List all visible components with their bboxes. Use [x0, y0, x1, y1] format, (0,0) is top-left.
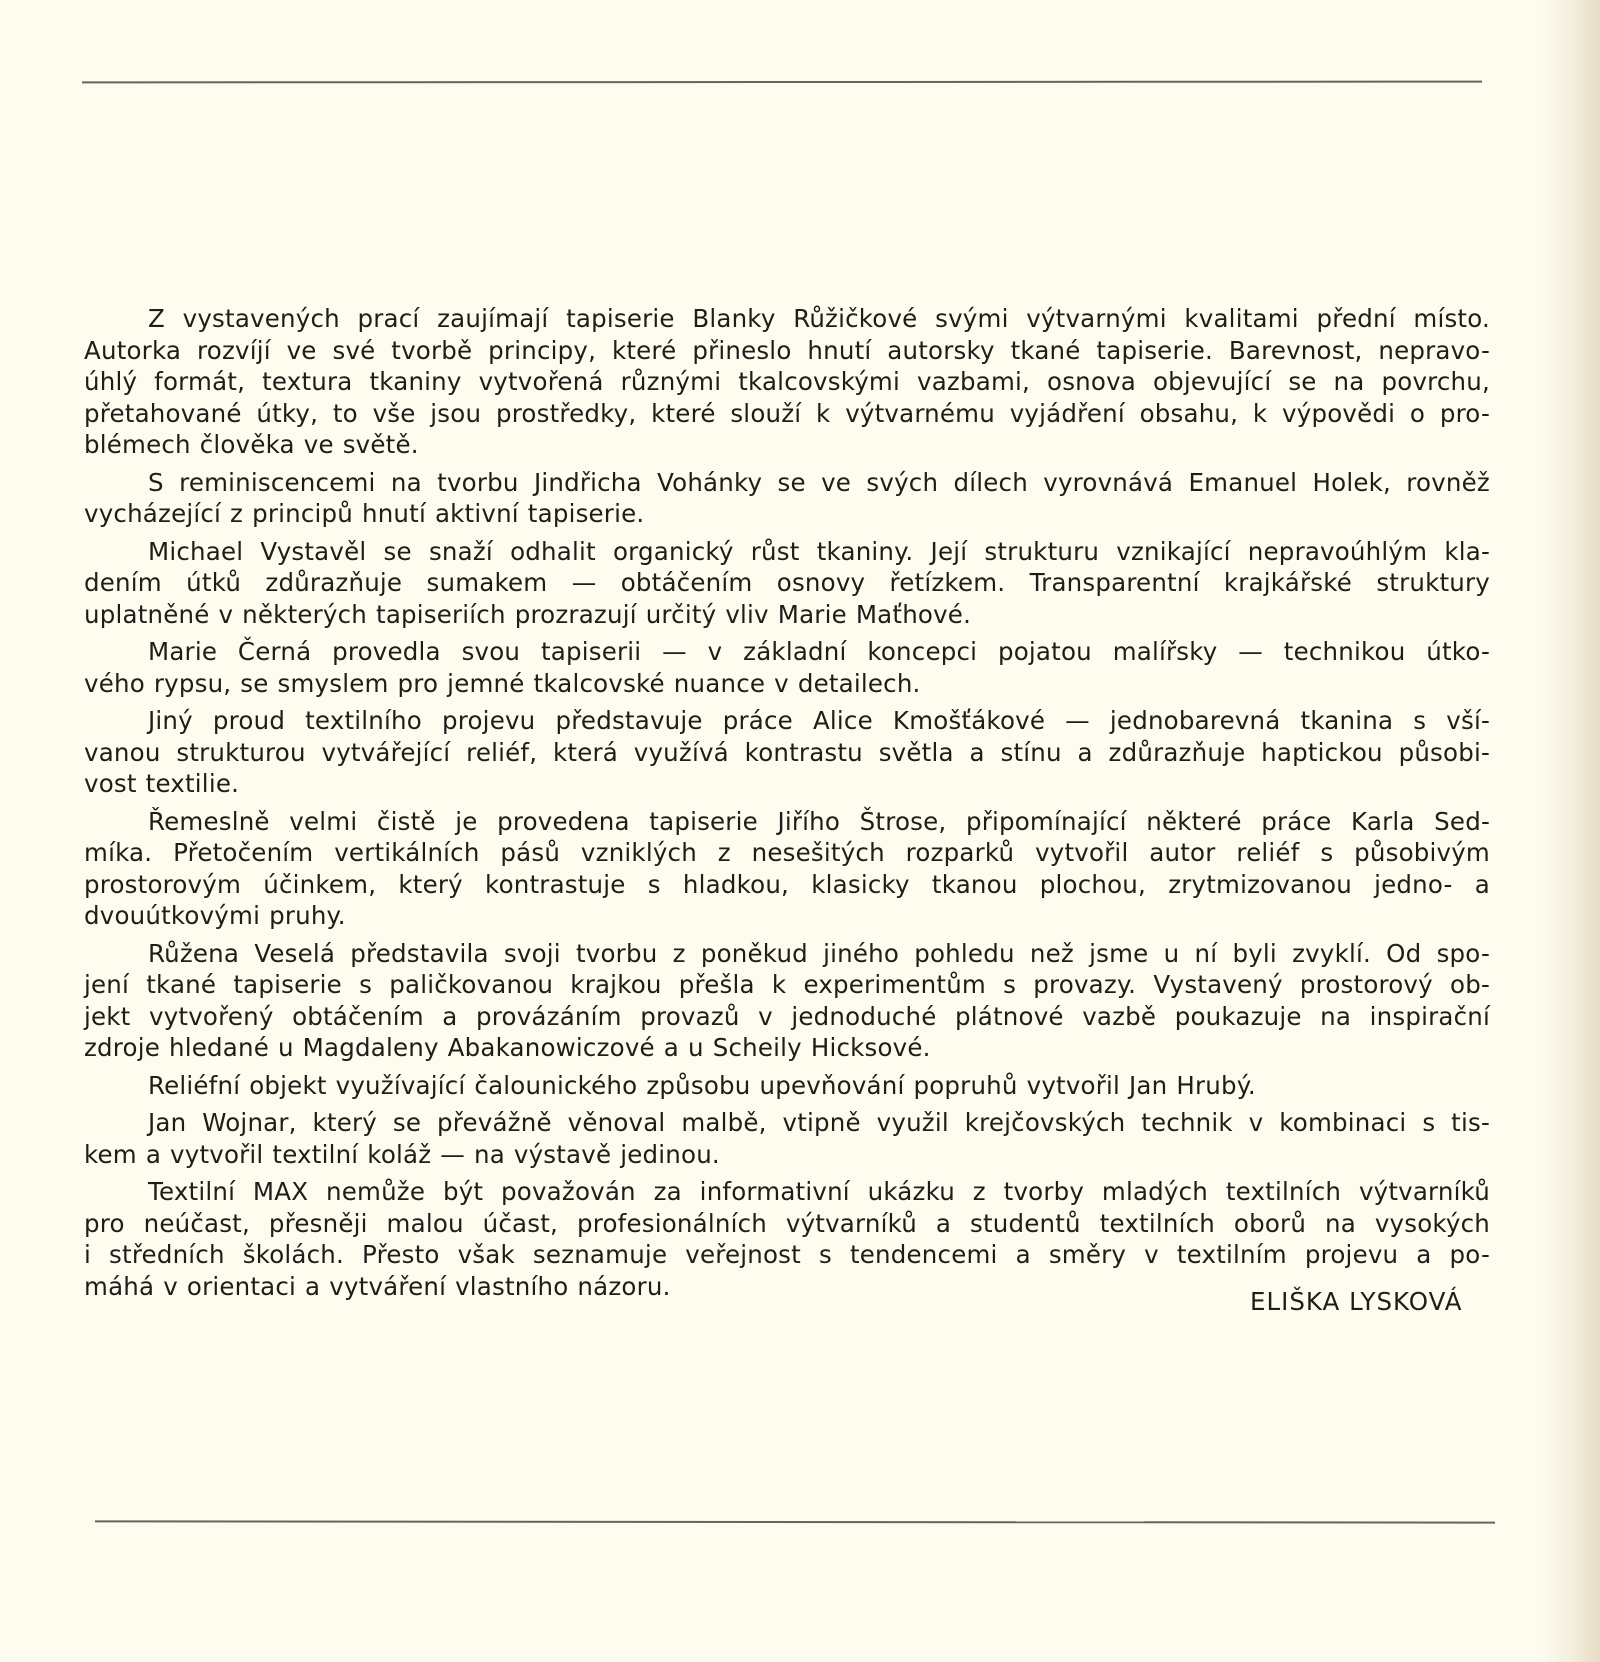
paragraph-wojnar: Jan Wojnar, který se převážně věnoval ma…	[84, 1107, 1490, 1170]
text-line: úhlý formát, textura tkaniny vytvořená r…	[84, 366, 1490, 398]
text-line: přetahované útky, to vše jsou prostředky…	[84, 398, 1490, 430]
text-line: blémech člověka ve světě.	[84, 429, 1490, 461]
text-line: vého rypsu, se smyslem pro jemné tkalcov…	[84, 668, 1490, 700]
text-line: Autorka rozvíjí ve své tvorbě principy, …	[84, 335, 1490, 367]
text-line: jení tkané tapiserie s paličkovanou kraj…	[84, 969, 1490, 1001]
paragraph-hruby: Reliéfní objekt využívající čalounického…	[84, 1070, 1490, 1102]
text-line: dvouútkovými pruhy.	[84, 900, 1490, 932]
text-line: Reliéfní objekt využívající čalounického…	[84, 1070, 1490, 1102]
text-line: Růžena Veselá představila svoji tvorbu z…	[84, 938, 1490, 970]
text-line: Řemeslně velmi čistě je provedena tapise…	[84, 806, 1490, 838]
paragraph-stros: Řemeslně velmi čistě je provedena tapise…	[84, 806, 1490, 932]
text-line: vost textilie.	[84, 768, 1490, 800]
text-line: S reminiscencemi na tvorbu Jindřicha Voh…	[84, 467, 1490, 499]
text-line: Jan Wojnar, který se převážně věnoval ma…	[84, 1107, 1490, 1139]
text-line: vycházející z principů hnutí aktivní tap…	[84, 498, 1490, 530]
paragraph-conclusion: Textilní MAX nemůže být považován za inf…	[84, 1176, 1490, 1302]
text-line: prostorovým účinkem, který kontrastuje s…	[84, 869, 1490, 901]
text-line: Z vystavených prací zaujímají tapiserie …	[84, 303, 1490, 335]
text-line: dením útků zdůrazňuje sumakem — obtáčení…	[84, 567, 1490, 599]
top-horizontal-rule	[82, 81, 1482, 84]
text-line: uplatněné v některých tapiseriích prozra…	[84, 599, 1490, 631]
text-line: Textilní MAX nemůže být považován za inf…	[84, 1176, 1490, 1208]
text-line: pro neúčast, přesněji malou účast, profe…	[84, 1208, 1490, 1240]
paragraph-cerna: Marie Černá provedla svou tapiserii — v …	[84, 636, 1490, 699]
text-line: vanou strukturou vytvářející reliéf, kte…	[84, 737, 1490, 769]
paragraph-vystavel: Michael Vystavěl se snaží odhalit organi…	[84, 536, 1490, 631]
paragraph-ruzickova: Z vystavených prací zaujímají tapiserie …	[84, 303, 1490, 461]
paragraph-vesela: Růžena Veselá představila svoji tvorbu z…	[84, 938, 1490, 1064]
author-signature: ELIŠKA LYSKOVÁ	[1250, 1286, 1463, 1318]
text-line: kem a vytvořil textilní koláž — na výsta…	[84, 1139, 1490, 1171]
text-line: zdroje hledané u Magdaleny Abakanowiczov…	[84, 1032, 1490, 1064]
bottom-horizontal-rule	[95, 1520, 1495, 1523]
text-line: jekt vytvořený obtáčením a provázáním pr…	[84, 1001, 1490, 1033]
text-line: míka. Přetočením vertikálních pásů vznik…	[84, 837, 1490, 869]
text-line: Marie Černá provedla svou tapiserii — v …	[84, 636, 1490, 668]
page-edge-shading	[1540, 0, 1600, 1662]
paragraph-holek: S reminiscencemi na tvorbu Jindřicha Voh…	[84, 467, 1490, 530]
article-body: Z vystavených prací zaujímají tapiserie …	[84, 303, 1490, 1308]
text-line: Jiný proud textilního projevu představuj…	[84, 705, 1490, 737]
text-line: i středních školách. Přesto však seznamu…	[84, 1239, 1490, 1271]
text-line: Michael Vystavěl se snaží odhalit organi…	[84, 536, 1490, 568]
paragraph-kmostakova: Jiný proud textilního projevu představuj…	[84, 705, 1490, 800]
